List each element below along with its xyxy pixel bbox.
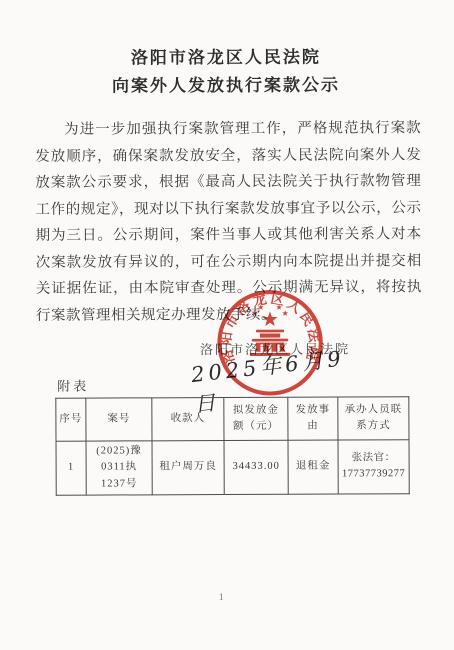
document-title: 洛阳市洛龙区人民法院 向案外人发放执行案款公示: [0, 43, 453, 101]
page-number: 1: [1, 591, 441, 604]
attachment-label: 附表: [57, 376, 89, 395]
payout-table: 序号 案号 收款人 拟发放金额（元） 发放事由 承办人员联系方式 1 (2025…: [55, 396, 409, 495]
header-reason: 发放事由: [288, 397, 338, 440]
header-case-no: 案号: [86, 398, 152, 441]
header-amount: 拟发放金额（元）: [224, 397, 288, 440]
header-seq: 序号: [56, 398, 86, 441]
scanned-notice-page: 洛阳市洛龙区人民法院 向案外人发放执行案款公示 为进一步加强执行案款管理工作，严…: [0, 0, 454, 650]
cell-case-no: (2025)豫0311执1237号: [86, 441, 152, 495]
contact-phone: 17737739277: [342, 467, 406, 484]
contact-name: 张法官：: [342, 450, 406, 467]
title-line-2: 向案外人发放执行案款公示: [0, 71, 453, 101]
cell-seq: 1: [56, 441, 86, 495]
notice-body-paragraph: 为进一步加强执行案款管理工作，严格规范执行案款发放顺序，确保案款发放安全，落实人…: [35, 115, 422, 329]
title-line-1: 洛阳市洛龙区人民法院: [0, 43, 453, 73]
table-row: 1 (2025)豫0311执1237号 租户周万良 34433.00 退租金 张…: [56, 440, 409, 495]
cell-amount: 34433.00: [224, 440, 288, 494]
cell-contact: 张法官： 17737739277: [338, 440, 409, 494]
header-contact: 承办人员联系方式: [338, 397, 409, 440]
header-payee: 收款人: [152, 398, 224, 441]
cell-reason: 退租金: [288, 440, 338, 494]
table-header-row: 序号 案号 收款人 拟发放金额（元） 发放事由 承办人员联系方式: [56, 397, 409, 442]
cell-payee: 租户周万良: [152, 441, 224, 495]
